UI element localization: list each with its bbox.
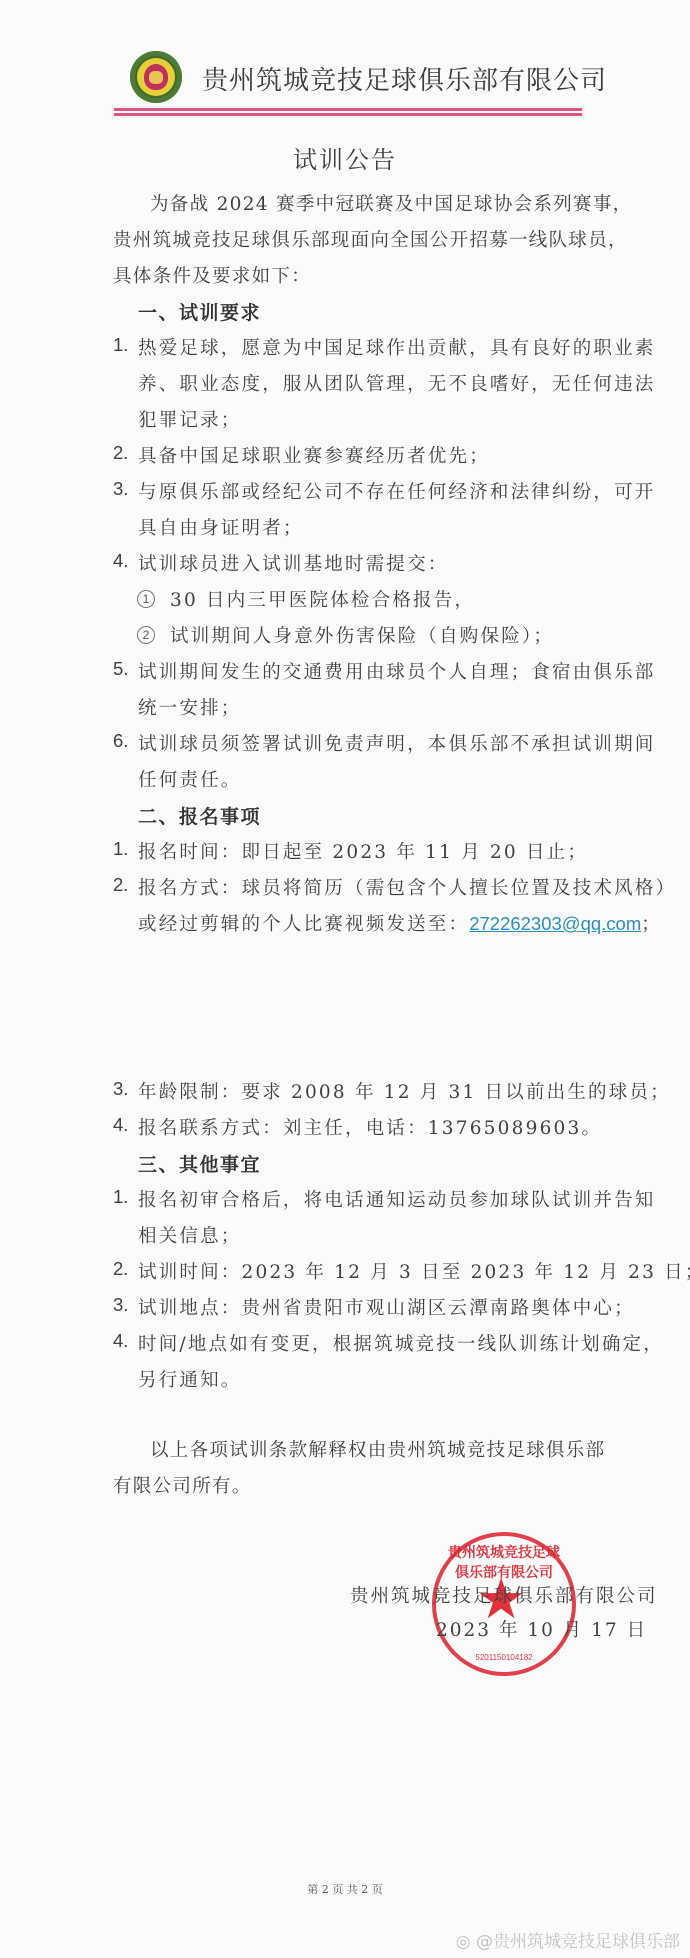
- document-title: 试训公告: [0, 140, 690, 175]
- item-number: 4.: [113, 1330, 128, 1352]
- item-text: 与原俱乐部或经纪公司不存在任何经济和法律纠纷，可开: [138, 478, 656, 504]
- closing-line: 以上各项试训条款解释权由贵州筑城竞技足球俱乐部: [150, 1436, 605, 1462]
- signature-date: 2023 年 10 月 17 日: [436, 1616, 647, 1642]
- watermark-text: @贵州筑城竞技足球俱乐部: [476, 1932, 680, 1952]
- intro-line: 为备战 2024 赛季中冠联赛及中国足球协会系列赛事，: [150, 190, 632, 216]
- item-text: 报名联系方式：刘主任，电话：13765089603。: [138, 1114, 602, 1140]
- item-number: 2.: [113, 874, 128, 896]
- item-text: 试训时间：2023 年 12 月 3 日至 2023 年 12 月 23 日；: [138, 1258, 690, 1284]
- sub-item-text: 试训期间人身意外伤害保险（自购保险）；: [170, 622, 554, 648]
- item-number: 1.: [113, 838, 128, 860]
- sub-item-text: 30 日内三甲医院体检合格报告，: [170, 586, 475, 612]
- item-text: 相关信息；: [138, 1222, 242, 1248]
- club-crest-icon: [130, 51, 182, 103]
- circled-number: 1: [137, 590, 155, 608]
- lion-mane-icon: [149, 71, 163, 84]
- item-number: 1.: [113, 334, 128, 356]
- item-number: 2.: [113, 442, 128, 464]
- email-link[interactable]: 272262303@qq.com: [469, 913, 641, 934]
- item-text: 犯罪记录；: [138, 406, 242, 432]
- item-number: 6.: [113, 730, 128, 752]
- item-number: 3.: [113, 1294, 128, 1316]
- watermark: ◎ @贵州筑城竞技足球俱乐部: [456, 1927, 680, 1952]
- section-heading: 二、报名事项: [138, 802, 261, 829]
- item-text: 报名初审合格后，将电话通知运动员参加球队试训并告知: [138, 1186, 656, 1212]
- item-text: 另行通知。: [138, 1366, 242, 1392]
- item-text: 试训球员须签署试训免责声明，本俱乐部不承担试训期间: [138, 730, 656, 756]
- intro-line: 具体条件及要求如下：: [113, 262, 311, 288]
- item-text: 年龄限制：要求 2008 年 12 月 31 日以前出生的球员；: [138, 1078, 671, 1104]
- item-text: 热爱足球，愿意为中国足球作出贡献，具有良好的职业素: [138, 334, 656, 360]
- item-text: 报名方式：球员将简历（需包含个人擅长位置及技术风格）: [138, 874, 676, 900]
- item-text: 具自由身证明者；: [138, 514, 304, 540]
- seal-code: 5201150104182: [464, 1653, 544, 1662]
- item-text: 试训期间发生的交通费用由球员个人自理；食宿由俱乐部: [138, 658, 656, 684]
- item-text: 试训地点：贵州省贵阳市观山湖区云潭南路奥体中心；: [138, 1294, 635, 1320]
- signature-company: 贵州筑城竞技足球俱乐部有限公司: [350, 1582, 658, 1608]
- item-text: 具备中国足球职业赛参赛经历者优先；: [138, 442, 490, 468]
- header-rule-top: [114, 108, 582, 111]
- item-number: 2.: [113, 1258, 128, 1280]
- item-text-prefix: 或经过剪辑的个人比赛视频发送至：: [138, 914, 469, 935]
- item-number: 1.: [113, 1186, 128, 1208]
- section-heading: 三、其他事宜: [138, 1150, 261, 1177]
- header-rule-bottom: [114, 113, 582, 116]
- page-number: 第 2 页 共 2 页: [0, 1881, 690, 1897]
- item-text: 报名时间：即日起至 2023 年 11 月 20 日止；: [138, 838, 588, 864]
- item-number: 4.: [113, 550, 128, 572]
- circled-number: 2: [137, 626, 155, 644]
- item-number: 5.: [113, 658, 128, 680]
- weibo-icon: ◎: [456, 1932, 476, 1952]
- item-text: 统一安排；: [138, 694, 242, 720]
- section-heading: 一、试训要求: [138, 298, 261, 325]
- item-text: 时间/地点如有变更，根据筑城竞技一线队训练计划确定，: [138, 1330, 664, 1356]
- item-text: 试训球员进入试训基地时需提交：: [138, 550, 449, 576]
- company-name: 贵州筑城竞技足球俱乐部有限公司: [202, 60, 607, 97]
- item-text: 养、职业态度，服从团队管理，无不良嗜好，无任何违法: [138, 370, 656, 396]
- item-text-suffix: ；: [641, 914, 662, 935]
- closing-line: 有限公司所有。: [113, 1472, 252, 1498]
- item-text: 任何责任。: [138, 766, 242, 792]
- item-number: 3.: [113, 478, 128, 500]
- item-number: 3.: [113, 1078, 128, 1100]
- item-number: 4.: [113, 1114, 128, 1136]
- item-text: 或经过剪辑的个人比赛视频发送至：272262303@qq.com；: [138, 910, 662, 936]
- intro-line: 贵州筑城竞技足球俱乐部现面向全国公开招募一线队球员，: [113, 226, 628, 252]
